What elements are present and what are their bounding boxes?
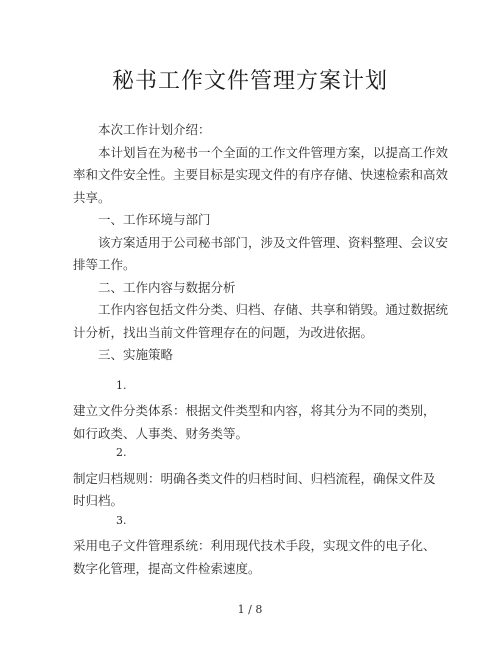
text-line: 一、工作环境与部门 <box>98 210 458 228</box>
page-indicator: 1 / 8 <box>0 603 500 616</box>
document-title: 秘书工作文件管理方案计划 <box>0 64 500 95</box>
text-line: 采用电子文件管理系统：利用现代技术手段，实现文件的电子化、 <box>73 536 433 554</box>
text-line: 共享。 <box>73 188 433 206</box>
text-line: 制定归档规则：明确各类文件的归档时间、归档流程，确保文件及 <box>73 469 433 487</box>
text-line: 二、工作内容与数据分析 <box>98 278 458 296</box>
text-line: 本次工作计划介绍： <box>98 120 458 138</box>
text-line: 工作内容包括文件分类、归档、存储、共享和销毁。通过数据统 <box>98 300 458 318</box>
list-number: 3. <box>116 514 476 527</box>
text-line: 数字化管理，提高文件检索速度。 <box>73 559 433 577</box>
text-line: 本计划旨在为秘书一个全面的工作文件管理方案，以提高工作效 <box>98 143 458 161</box>
text-line: 率和文件安全性。主要目标是实现文件的有序存储、快速检索和高效 <box>73 165 433 183</box>
text-line: 该方案适用于公司秘书部门，涉及文件管理、资料整理、会议安 <box>98 233 458 251</box>
text-line: 计分析，找出当前文件管理存在的问题，为改进依据。 <box>73 323 433 341</box>
text-line: 三、实施策略 <box>98 345 458 363</box>
document-page: 秘书工作文件管理方案计划 本次工作计划介绍：本计划旨在为秘书一个全面的工作文件管… <box>0 0 500 647</box>
text-line: 排等工作。 <box>73 255 433 273</box>
text-line: 如行政类、人事类、财务类等。 <box>73 424 433 442</box>
list-number: 2. <box>116 446 476 459</box>
text-line: 建立文件分类体系：根据文件类型和内容，将其分为不同的类别， <box>73 401 433 419</box>
text-line: 时归档。 <box>73 491 433 509</box>
list-number: 1. <box>116 379 476 392</box>
